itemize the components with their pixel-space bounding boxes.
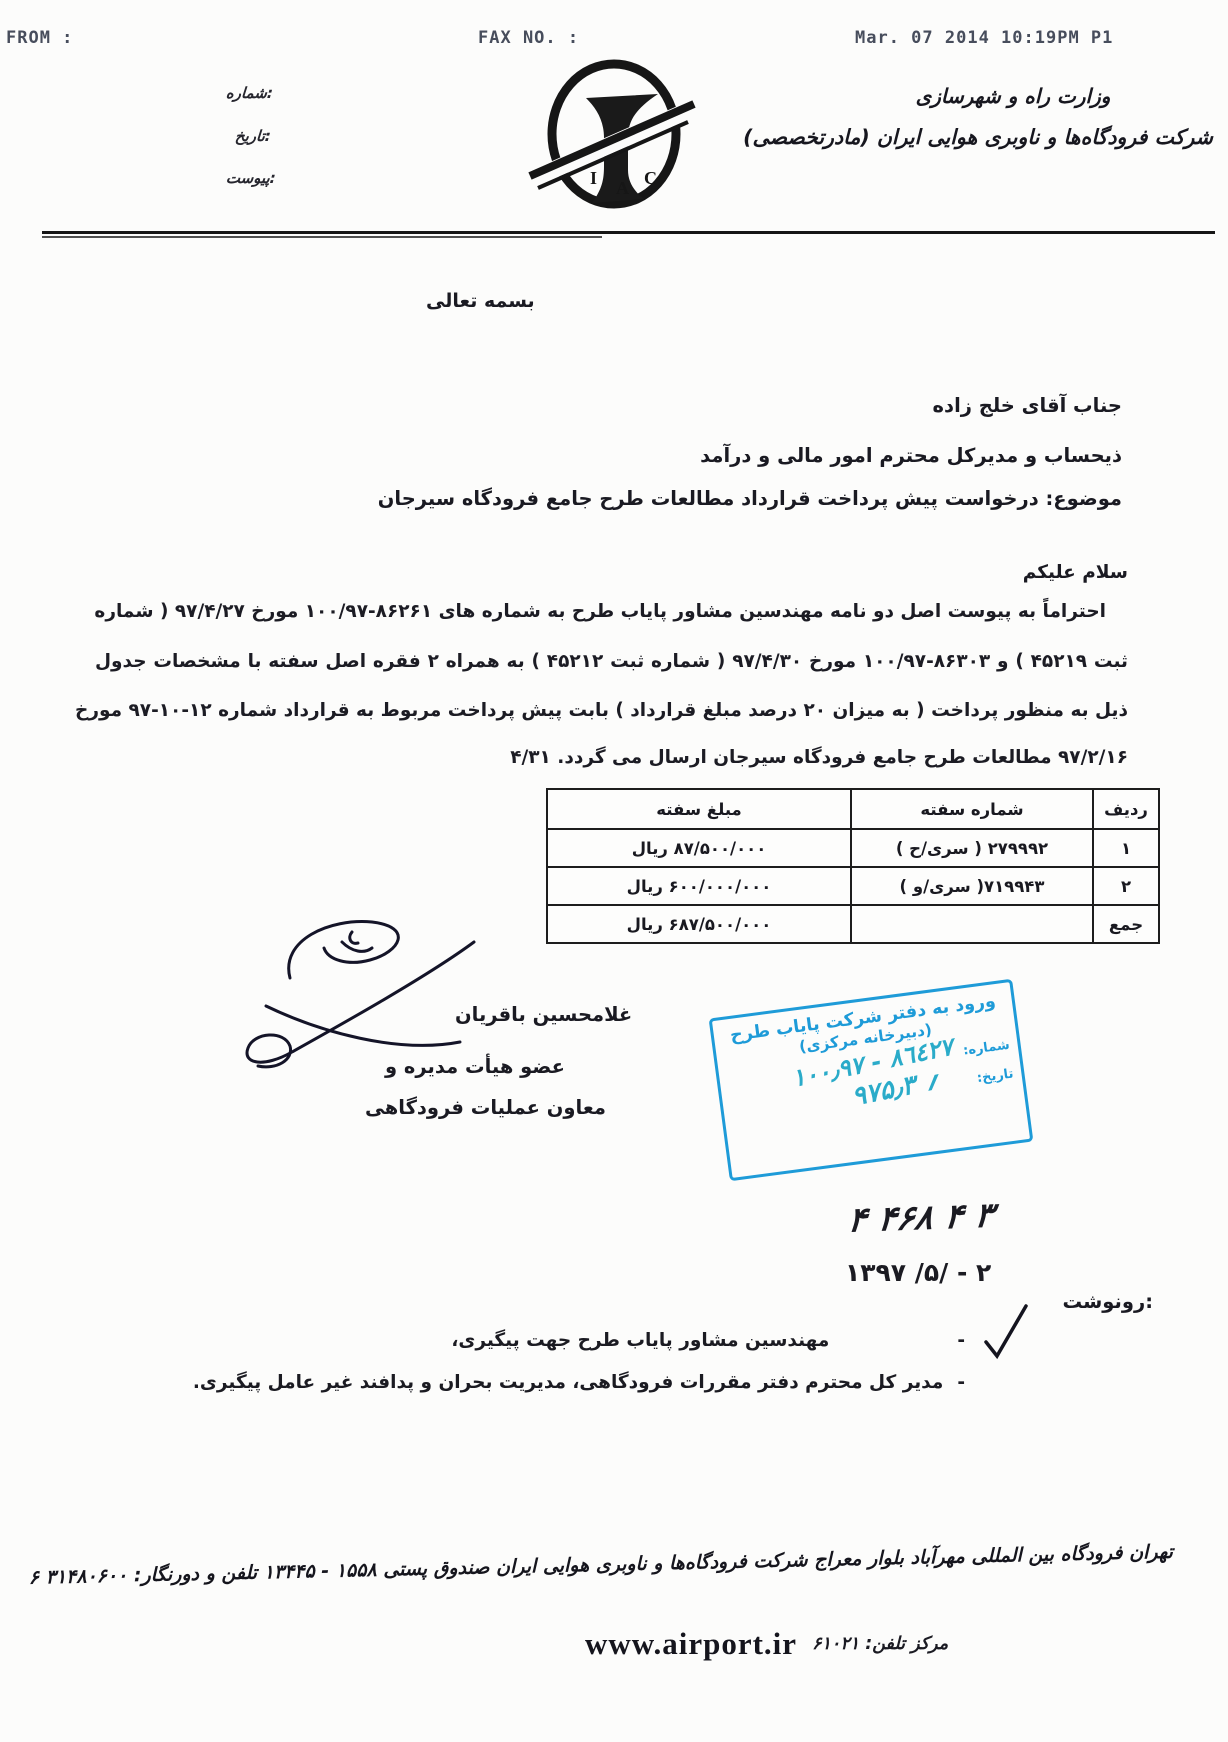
footer-contact: مرکز تلفن: ۶۱۰۲۱ www.airport.ir xyxy=(585,1626,948,1662)
cc-dash: - xyxy=(957,1330,965,1351)
company-name: شرکت فرودگاه‌ها و ناوبری هوایی ایران (ما… xyxy=(813,125,1213,149)
promissory-notes-table: ردیف شماره سفته مبلغ سفته ۱ ۲۷۹۹۹۲ ( سری… xyxy=(546,788,1160,944)
footer-address: تهران فرودگاه بین المللی مهرآباد بلوار م… xyxy=(100,1541,1173,1587)
cc-item-1: -مهندسین مشاور پایاب طرح جهت پیگیری، xyxy=(451,1330,965,1351)
recipient-title: ذیحساب و مدیرکل محترم امور مالی و درآمد xyxy=(700,444,1122,467)
cc-item-2: -مدیر کل محترم دفتر مقررات فرودگاهی، مدی… xyxy=(193,1372,965,1393)
signature-scribble xyxy=(202,912,532,1077)
cell-total-empty xyxy=(851,905,1093,943)
cell-row2-amount: ۶۰۰/۰۰۰/۰۰۰ ریال xyxy=(547,867,851,905)
signer-name: غلامحسین باقریان xyxy=(455,1003,632,1026)
table-total-row: جمع ۶۸۷/۵۰۰/۰۰۰ ریال xyxy=(547,905,1159,943)
footer-phone-center: مرکز تلفن: ۶۱۰۲۱ xyxy=(812,1634,948,1654)
body-line-3: ذیل به منظور پرداخت ( به میزان ۲۰ درصد م… xyxy=(95,700,1128,721)
header-row-number: ردیف xyxy=(1093,789,1159,829)
handwritten-number: ۴ ۴۶۸ ۴ ۳ xyxy=(846,1195,995,1240)
recipient-name: جناب آقای خلج زاده xyxy=(933,394,1122,417)
body-line-1: احتراماً به پیوست اصل دو نامه مهندسین مش… xyxy=(95,601,1128,622)
subject-line: موضوع: درخواست پیش پرداخت قرارداد مطالعا… xyxy=(378,487,1122,510)
handwritten-date: ۱۳۹۷ /۵/ - ۲ xyxy=(845,1258,991,1287)
footer-website: www.airport.ir xyxy=(585,1626,797,1661)
cell-total-label: جمع xyxy=(1093,905,1159,943)
letterhead-date-label: تاریخ: xyxy=(235,127,272,145)
cell-row2-index: ۲ xyxy=(1093,867,1159,905)
iac-logo-icon: I A C xyxy=(528,58,696,210)
cell-row1-index: ۱ xyxy=(1093,829,1159,867)
checkmark-icon xyxy=(982,1302,1030,1362)
logo-letter-i: I xyxy=(590,168,597,188)
body-line-4: ۹۷/۲/۱۶ مطالعات طرح جامع فرودگاه سیرجان … xyxy=(95,747,1128,768)
body-line-2: ثبت ۴۵۲۱۹ ) و ۸۶۳۰۳-۱۰۰/۹۷ مورخ ۹۷/۴/۳۰ … xyxy=(95,651,1128,672)
cc-dash: - xyxy=(957,1372,965,1393)
logo-letter-a: A xyxy=(616,178,629,198)
stamp-number-label: شماره: xyxy=(962,1037,1010,1058)
cell-row2-number: ۷۱۹۹۴۳( سری/و ) xyxy=(851,867,1093,905)
signer-title-2: معاون عملیات فرودگاهی xyxy=(365,1096,606,1119)
salutation: سلام علیکم xyxy=(1023,562,1128,583)
fax-number-label: FAX NO. : xyxy=(478,28,579,48)
fax-from-label: FROM : xyxy=(6,28,73,48)
header-divider xyxy=(42,231,1215,234)
cc-item-1-text: مهندسین مشاور پایاب طرح جهت پیگیری، xyxy=(451,1330,829,1351)
header-note-amount: مبلغ سفته xyxy=(547,789,851,829)
bismillah: بسمه تعالی xyxy=(426,290,535,312)
cc-label: رونوشت: xyxy=(1062,1290,1153,1313)
signer-title-1: عضو هیأت مدیره و xyxy=(385,1055,565,1078)
cell-row1-number: ۲۷۹۹۹۲ ( سری/ح ) xyxy=(851,829,1093,867)
table-row: ۲ ۷۱۹۹۴۳( سری/و ) ۶۰۰/۰۰۰/۰۰۰ ریال xyxy=(547,867,1159,905)
fax-document-page: FROM : FAX NO. : Mar. 07 2014 10:19PM P1… xyxy=(0,0,1228,1742)
table-row: ۱ ۲۷۹۹۹۲ ( سری/ح ) ۸۷/۵۰۰/۰۰۰ ریال xyxy=(547,829,1159,867)
letterhead-attachment-label: پیوست: xyxy=(226,169,277,187)
cc-item-2-text: مدیر کل محترم دفتر مقررات فرودگاهی، مدیر… xyxy=(193,1372,943,1393)
cell-total-amount: ۶۸۷/۵۰۰/۰۰۰ ریال xyxy=(547,905,851,943)
letterhead-number-label: شماره: xyxy=(225,84,273,102)
entry-stamp: ورود به دفتر شرکت پایاب طرح (دبیرخانه مر… xyxy=(709,979,1034,1182)
logo-letter-c: C xyxy=(644,168,657,188)
ministry-name: وزارت راه و شهرسازی xyxy=(813,84,1213,108)
stamp-date-label: تاریخ: xyxy=(976,1066,1014,1086)
header-note-number: شماره سفته xyxy=(851,789,1093,829)
header-divider-echo xyxy=(42,236,602,238)
table-header-row: ردیف شماره سفته مبلغ سفته xyxy=(547,789,1159,829)
cell-row1-amount: ۸۷/۵۰۰/۰۰۰ ریال xyxy=(547,829,851,867)
fax-timestamp: Mar. 07 2014 10:19PM P1 xyxy=(855,28,1113,48)
